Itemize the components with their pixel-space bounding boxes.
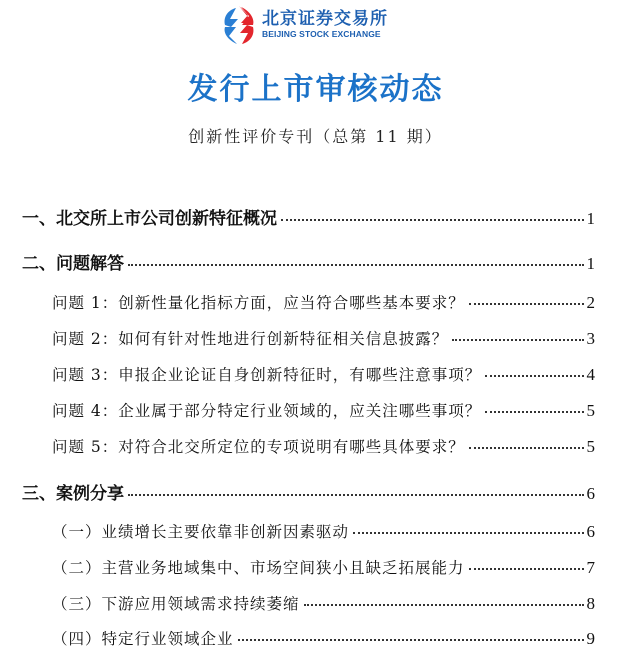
page-title: 发行上市审核动态 (0, 64, 631, 108)
toc-leader-dots (469, 447, 584, 449)
toc-leader-dots (469, 303, 584, 305)
toc-entry-section-2[interactable]: 二、问题解答 1 (22, 249, 595, 274)
toc-entry-label: 问题 3：申报企业论证自身创新特征时，有哪些注意事项？ (52, 363, 481, 385)
toc-entry-page: 3 (587, 329, 596, 349)
toc-entry-page: 6 (587, 522, 596, 542)
toc-entry-page: 4 (587, 365, 596, 385)
toc-entry-page: 9 (587, 629, 596, 649)
toc-entry-case-2[interactable]: （二）主营业务地域集中、市场空间狭小且缺乏拓展能力 7 (52, 556, 595, 578)
toc-entry-page: 6 (587, 484, 596, 504)
toc-entry-question-5[interactable]: 问题 5：对符合北交所定位的专项说明有哪些具体要求？ 5 (52, 435, 595, 457)
toc-entry-section-3[interactable]: 三、案例分享 6 (22, 479, 595, 504)
toc-entry-label: 二、问题解答 (22, 249, 124, 274)
toc-entry-page: 8 (587, 594, 596, 614)
toc-entry-label: 一、北交所上市公司创新特征概况 (22, 204, 277, 229)
toc-entry-question-4[interactable]: 问题 4：企业属于部分特定行业领域的，应关注哪些事项？ 5 (52, 399, 595, 421)
toc-entry-label: （四）特定行业领域企业 (52, 627, 234, 649)
toc-entry-page: 7 (587, 558, 596, 578)
toc-entry-question-1[interactable]: 问题 1：创新性量化指标方面，应当符合哪些基本要求？ 2 (52, 291, 595, 313)
toc-entry-question-2[interactable]: 问题 2：如何有针对性地进行创新特征相关信息披露？ 3 (52, 327, 595, 349)
logo-name-cn: 北京证券交易所 (262, 10, 388, 29)
toc-leader-dots (485, 375, 583, 377)
toc-entry-label: 问题 5：对符合北交所定位的专项说明有哪些具体要求？ (52, 435, 465, 457)
toc-entry-case-3[interactable]: （三）下游应用领域需求持续萎缩 8 (52, 592, 595, 614)
toc-leader-dots (452, 339, 583, 341)
toc-leader-dots (128, 494, 584, 496)
toc-leader-dots (469, 568, 584, 570)
logo-name-en: BEIJING STOCK EXCHANGE (262, 29, 388, 40)
toc-entry-page: 5 (587, 401, 596, 421)
toc-entry-page: 2 (587, 293, 596, 313)
toc-entry-label: 三、案例分享 (22, 479, 124, 504)
toc-leader-dots (238, 639, 584, 641)
toc-entry-page: 1 (587, 254, 596, 274)
toc-leader-dots (353, 532, 583, 534)
toc-leader-dots (304, 604, 584, 606)
toc-entry-section-1[interactable]: 一、北交所上市公司创新特征概况 1 (22, 204, 595, 229)
toc-entry-case-1[interactable]: （一）业绩增长主要依靠非创新因素驱动 6 (52, 520, 595, 542)
toc-entry-label: 问题 4：企业属于部分特定行业领域的，应关注哪些事项？ (52, 399, 481, 421)
toc-entry-label: 问题 1：创新性量化指标方面，应当符合哪些基本要求？ (52, 291, 465, 313)
page-subtitle: 创新性评价专刊（总第 11 期） (0, 124, 631, 147)
toc-entry-page: 1 (587, 209, 596, 229)
toc-leader-dots (128, 264, 584, 266)
bse-logo-icon (222, 5, 256, 45)
toc-entry-page: 5 (587, 437, 596, 457)
toc-leader-dots (281, 219, 584, 221)
bse-logo: 北京证券交易所 BEIJING STOCK EXCHANGE (222, 4, 388, 46)
toc-entry-label: （一）业绩增长主要依靠非创新因素驱动 (52, 520, 349, 542)
toc-entry-question-3[interactable]: 问题 3：申报企业论证自身创新特征时，有哪些注意事项？ 4 (52, 363, 595, 385)
toc-leader-dots (485, 411, 583, 413)
toc-entry-case-4[interactable]: （四）特定行业领域企业 9 (52, 627, 595, 649)
toc-entry-label: 问题 2：如何有针对性地进行创新特征相关信息披露？ (52, 327, 448, 349)
toc-entry-label: （二）主营业务地域集中、市场空间狭小且缺乏拓展能力 (52, 556, 465, 578)
toc-entry-label: （三）下游应用领域需求持续萎缩 (52, 592, 300, 614)
